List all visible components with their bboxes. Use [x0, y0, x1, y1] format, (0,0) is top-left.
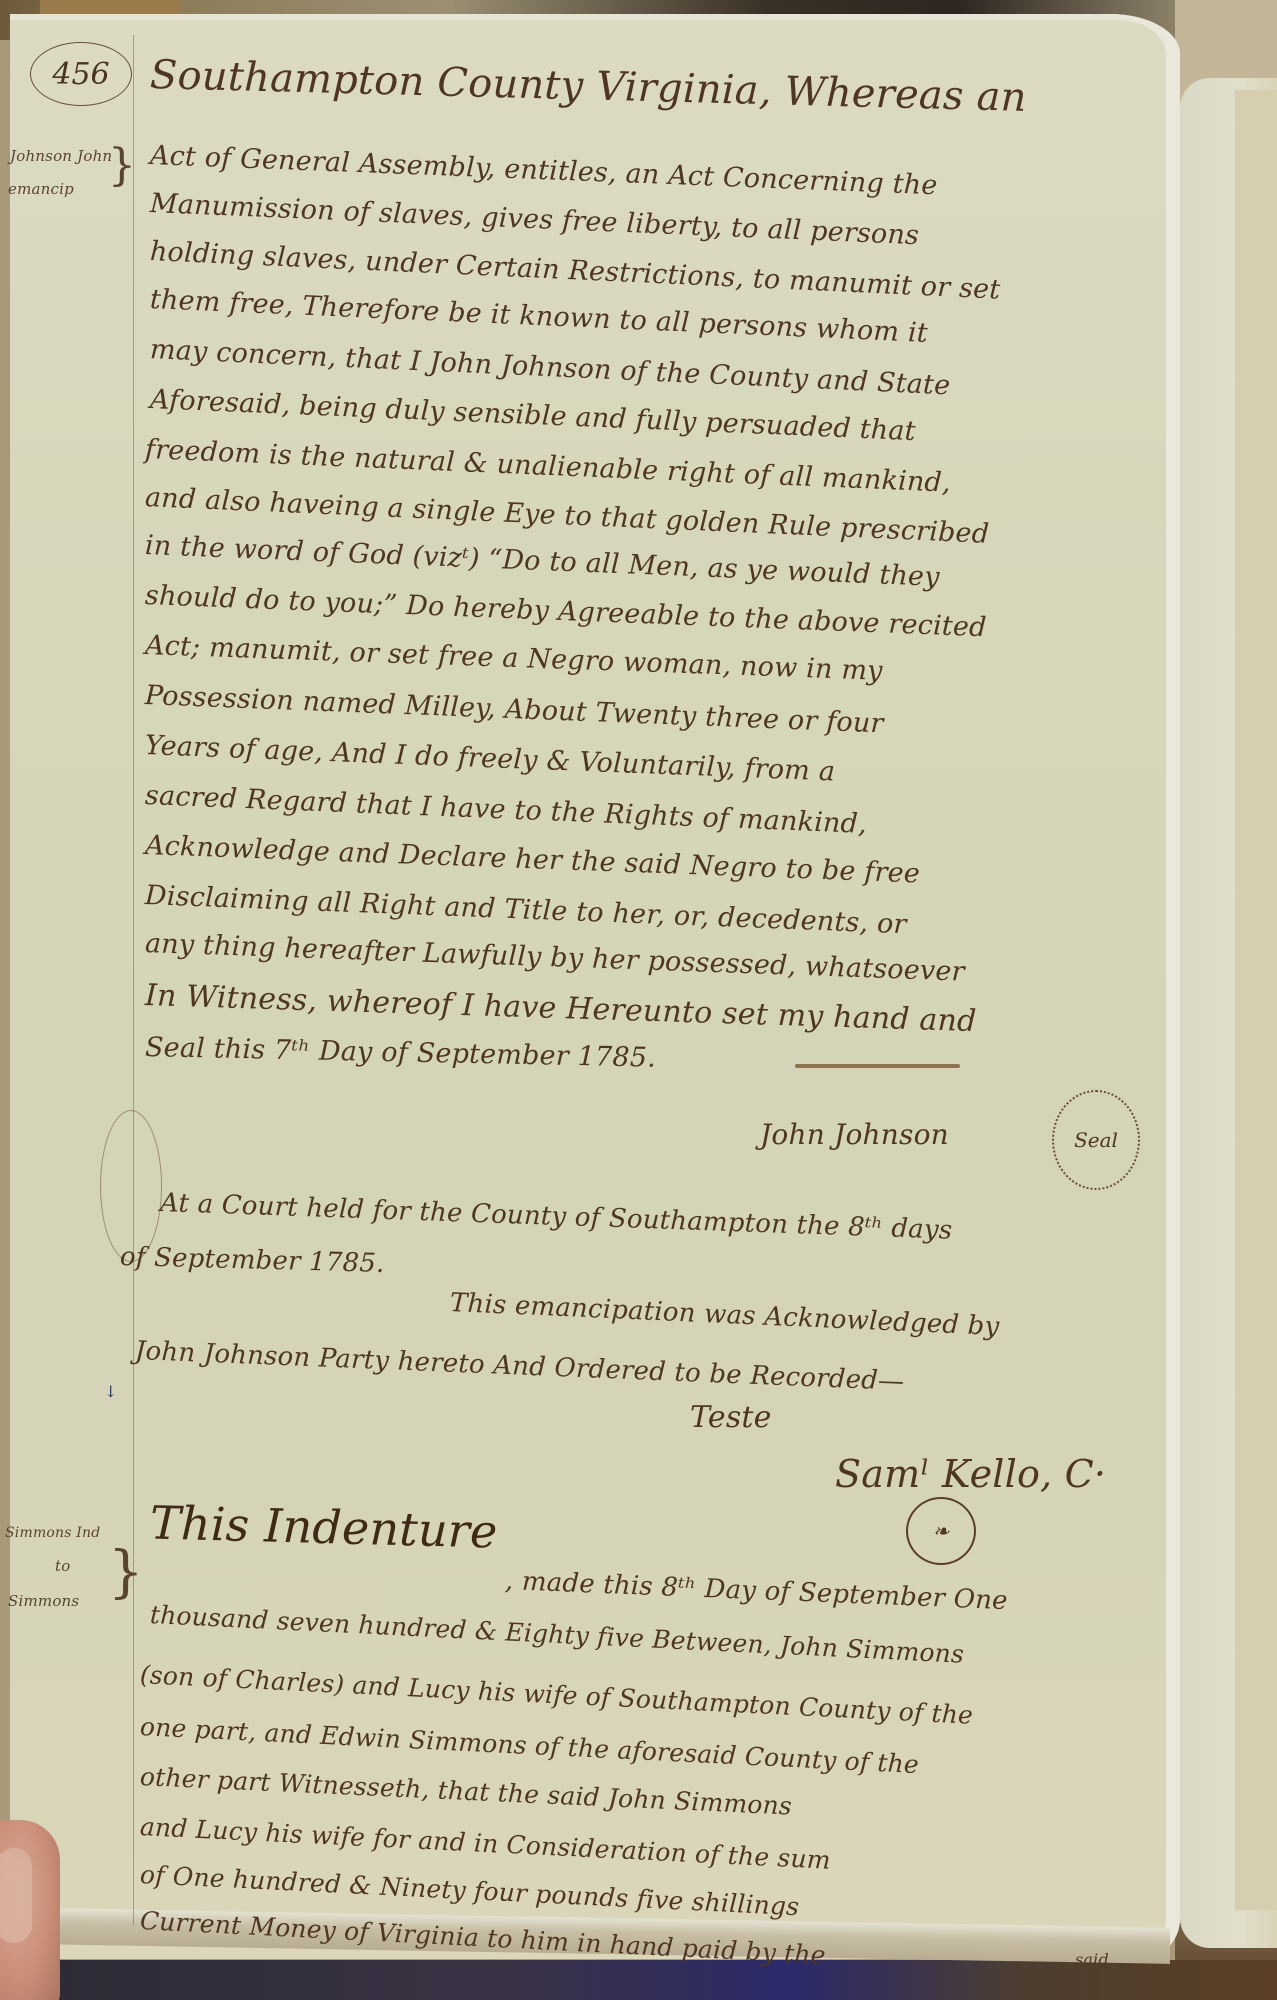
thumb-holding-page: [0, 1820, 60, 2000]
flourish-decoration: [100, 1110, 162, 1262]
signature-john-johnson: John Johnson: [760, 1118, 949, 1151]
pen-stroke: [795, 1064, 960, 1068]
next-page-edge: [1180, 78, 1277, 1948]
page-number: 456: [30, 42, 132, 106]
catchword: said: [1075, 1950, 1109, 1969]
margin-note-type: emancip: [8, 180, 74, 198]
seal-icon: Seal: [1052, 1090, 1140, 1190]
margin-note-recipient: Simmons: [8, 1592, 79, 1610]
facing-page-background: [1175, 0, 1277, 2000]
pencil-tick-mark: ↓: [104, 1382, 117, 1401]
seal-label: Seal: [1074, 1128, 1118, 1152]
indenture-heading: This Indenture: [149, 1495, 498, 1558]
margin-rule-line: [133, 35, 134, 1925]
clerk-signature: Samˡ Kello, C·: [835, 1452, 1106, 1496]
thumbnail: [0, 1848, 32, 1943]
margin-note-name: Simmons Ind: [5, 1525, 100, 1541]
brace-icon: }: [108, 1540, 144, 1605]
teste-label: Teste: [690, 1400, 772, 1435]
brace-icon: }: [108, 140, 136, 191]
margin-note-to: to: [55, 1557, 70, 1575]
margin-note-name: Johnson John: [10, 147, 112, 165]
clerk-seal-icon: ❧: [906, 1497, 976, 1565]
next-page-inner: [1235, 90, 1277, 1910]
